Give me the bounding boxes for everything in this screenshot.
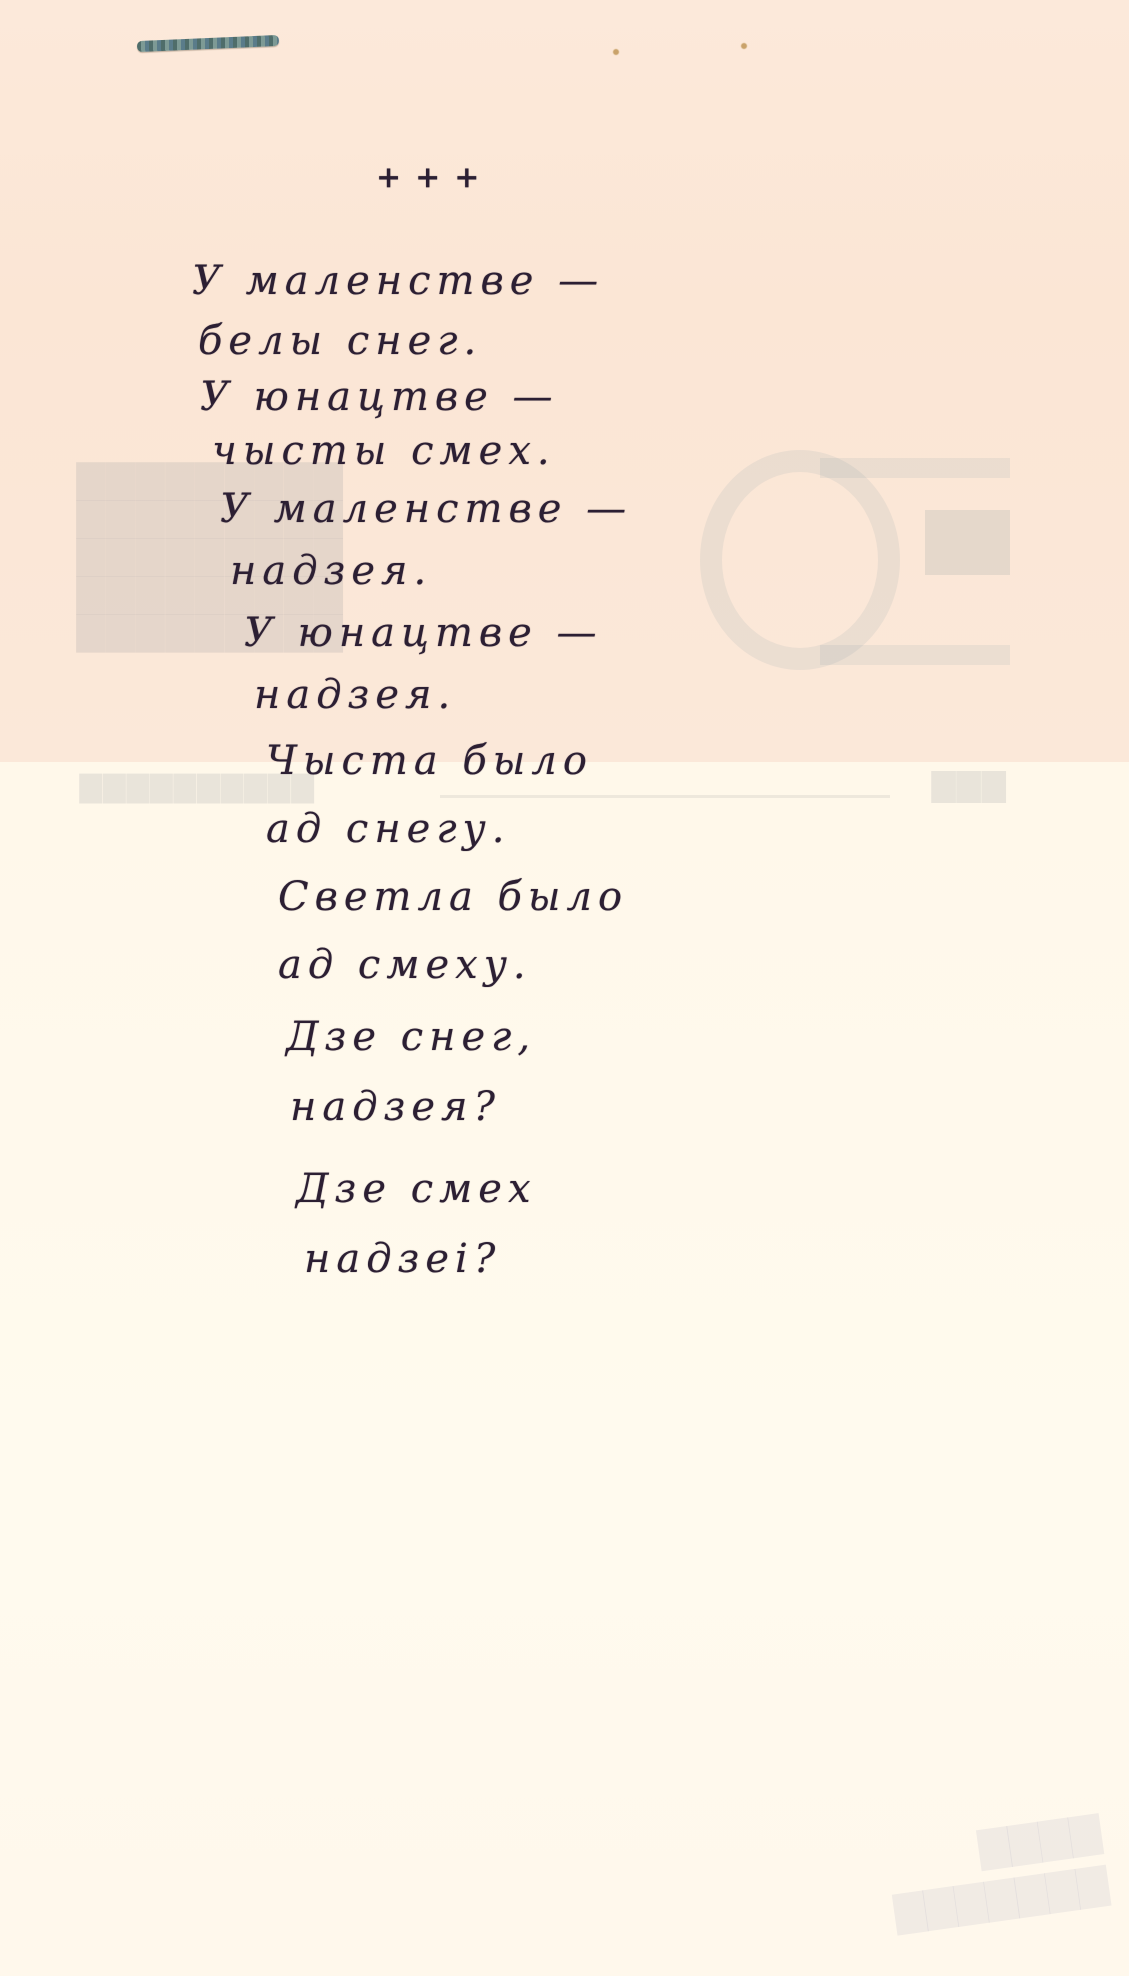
poem-line: надзея. [230,548,432,594]
manuscript-page: ▇▇▇▇▇▇▇▇▇▇▇▇▇▇▇▇▇▇▇▇▇▇▇▇▇▇▇▇▇▇▇▇▇▇▇▇▇▇▇▇… [0,0,1129,1976]
poem-line: надзея? [290,1084,501,1130]
letterhead-rule-bleed [440,795,890,798]
poem-line: У юнацтве — [200,374,559,420]
poem-line: надзеі? [304,1236,501,1282]
poem-heading-mark: +++ [376,160,493,195]
poem-line: У маленстве — [192,258,604,304]
poem-line: Чыста было [266,738,593,784]
poem-line: Дзе снег, [286,1014,536,1060]
poem-line: Светла было [278,874,628,920]
staple-hole-icon [612,48,620,56]
poem-line: Дзе смех [296,1166,537,1212]
poem-line: ад смеху. [278,942,532,988]
poem-line: белы снег. [198,318,482,364]
paper-lower-section [0,762,1129,1976]
poem-line: ад снегу. [266,806,510,852]
poem-line: У юнацтве — [244,610,603,656]
poem-line: надзея. [254,672,456,718]
staple-hole-icon [740,42,748,50]
letterhead-logo-bleed [700,450,1010,675]
poem-line: чысты смех. [212,428,556,474]
poem-line: У маленстве — [220,486,632,532]
letterhead-tel-bleed: ▇▇▇ [930,768,1005,803]
